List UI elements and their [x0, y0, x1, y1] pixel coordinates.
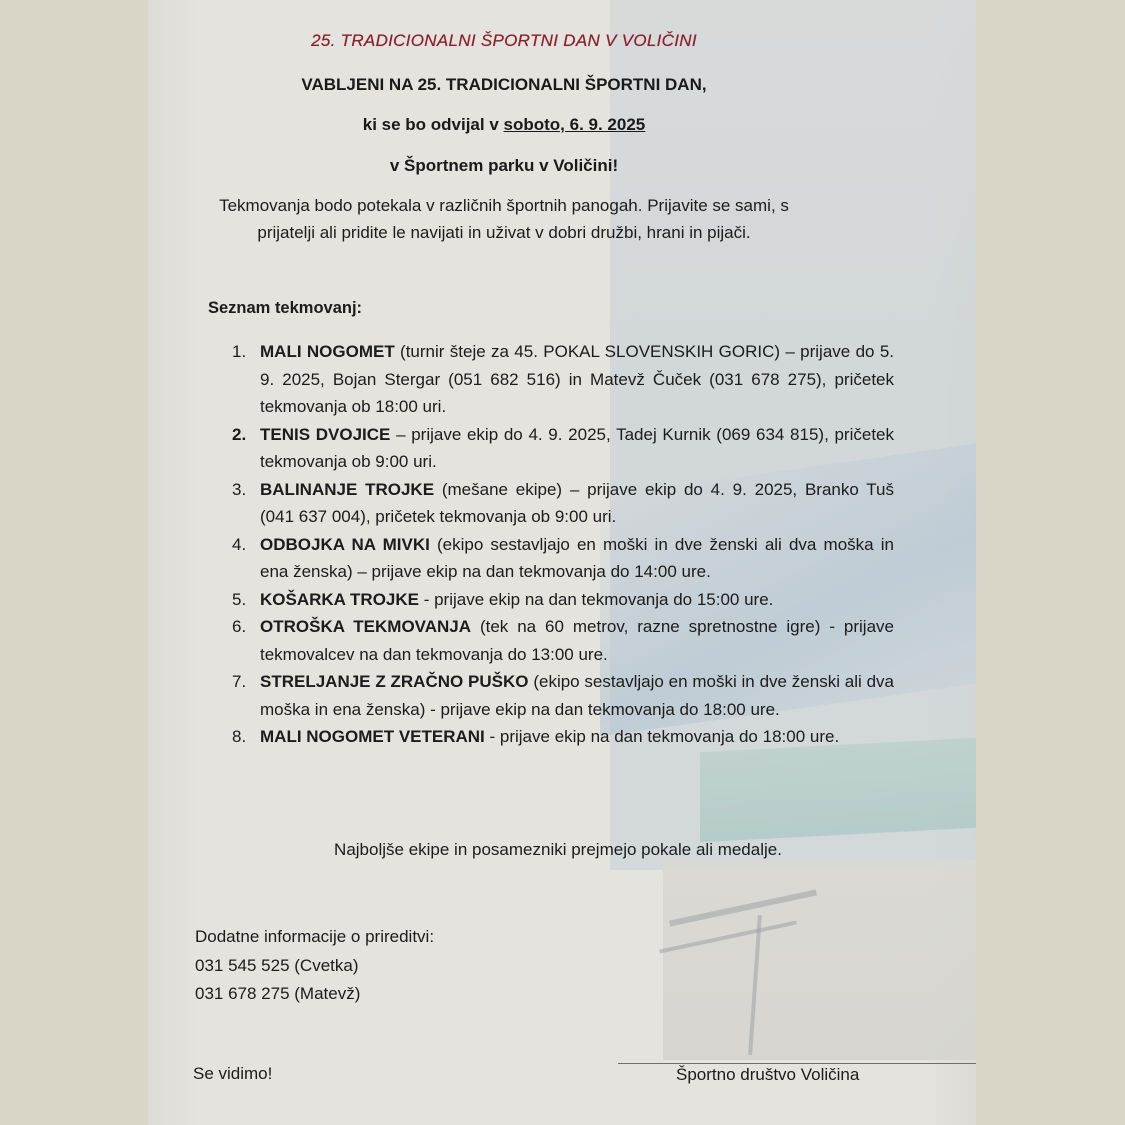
competition-item: 5.KOŠARKA TROJKE - prijave ekip na dan t… — [232, 586, 894, 614]
competition-item: 8.MALI NOGOMET VETERANI - prijave ekip n… — [232, 723, 894, 751]
contact-heading: Dodatne informacije o prireditvi: — [195, 923, 434, 952]
competition-name: OTROŠKA TEKMOVANJA — [260, 617, 471, 636]
competition-number: 7. — [232, 668, 246, 696]
competition-name: MALI NOGOMET VETERANI — [260, 727, 485, 746]
competition-item: 4.ODBOJKA NA MIVKI (ekipo sestavljajo en… — [232, 531, 894, 586]
competition-number: 1. — [232, 338, 246, 366]
headline-invite: VABLJENI NA 25. TRADICIONALNI ŠPORTNI DA… — [148, 75, 860, 95]
intro-paragraph: Tekmovanja bodo potekala v različnih špo… — [208, 192, 800, 246]
awards-note: Najboljše ekipe in posamezniki prejmejo … — [148, 840, 968, 860]
flyer-content: 25. TRADICIONALNI ŠPORTNI DAN V VOLIČINI… — [148, 0, 976, 1125]
competition-number: 2. — [232, 421, 246, 449]
competition-name: STRELJANJE Z ZRAČNO PUŠKO — [260, 672, 529, 691]
organizer-name: Športno društvo Voličina — [676, 1065, 859, 1085]
competition-name: KOŠARKA TROJKE — [260, 590, 419, 609]
competition-name: TENIS DVOJICE — [260, 425, 390, 444]
event-date: soboto, 6. 9. 2025 — [504, 115, 646, 134]
flyer-paper: 25. TRADICIONALNI ŠPORTNI DAN V VOLIČINI… — [148, 0, 976, 1125]
competition-details: - prijave ekip na dan tekmovanja do 15:0… — [419, 590, 773, 609]
closing-greeting: Se vidimo! — [193, 1064, 272, 1084]
contact-phone-cvetka: 031 545 525 (Cvetka) — [195, 952, 434, 981]
competition-item: 6.OTROŠKA TEKMOVANJA (tek na 60 metrov, … — [232, 613, 894, 668]
competition-number: 5. — [232, 586, 246, 614]
competition-details: - prijave ekip na dan tekmovanja do 18:0… — [485, 727, 839, 746]
flyer-title: 25. TRADICIONALNI ŠPORTNI DAN V VOLIČINI — [148, 31, 860, 51]
competition-number: 6. — [232, 613, 246, 641]
competition-number: 8. — [232, 723, 246, 751]
competition-name: ODBOJKA NA MIVKI — [260, 535, 430, 554]
headline-date-prefix: ki se bo odvijal v — [363, 115, 504, 134]
contact-info: Dodatne informacije o prireditvi: 031 54… — [195, 923, 434, 1009]
headline-venue: v Športnem parku v Voličini! — [148, 156, 860, 176]
competition-item: 3.BALINANJE TROJKE (mešane ekipe) – prij… — [232, 476, 894, 531]
competition-number: 3. — [232, 476, 246, 504]
competition-item: 2.TENIS DVOJICE – prijave ekip do 4. 9. … — [232, 421, 894, 476]
competition-list: 1.MALI NOGOMET (turnir šteje za 45. POKA… — [232, 338, 894, 751]
contact-phone-matevz: 031 678 275 (Matevž) — [195, 980, 434, 1009]
competition-item: 1.MALI NOGOMET (turnir šteje za 45. POKA… — [232, 338, 894, 421]
competition-number: 4. — [232, 531, 246, 559]
competition-name: BALINANJE TROJKE — [260, 480, 434, 499]
competition-item: 7.STRELJANJE Z ZRAČNO PUŠKO (ekipo sesta… — [232, 668, 894, 723]
competition-name: MALI NOGOMET — [260, 342, 395, 361]
competition-list-title: Seznam tekmovanj: — [208, 299, 362, 318]
signature-line — [618, 1063, 976, 1064]
headline-date: ki se bo odvijal v soboto, 6. 9. 2025 — [148, 115, 860, 135]
